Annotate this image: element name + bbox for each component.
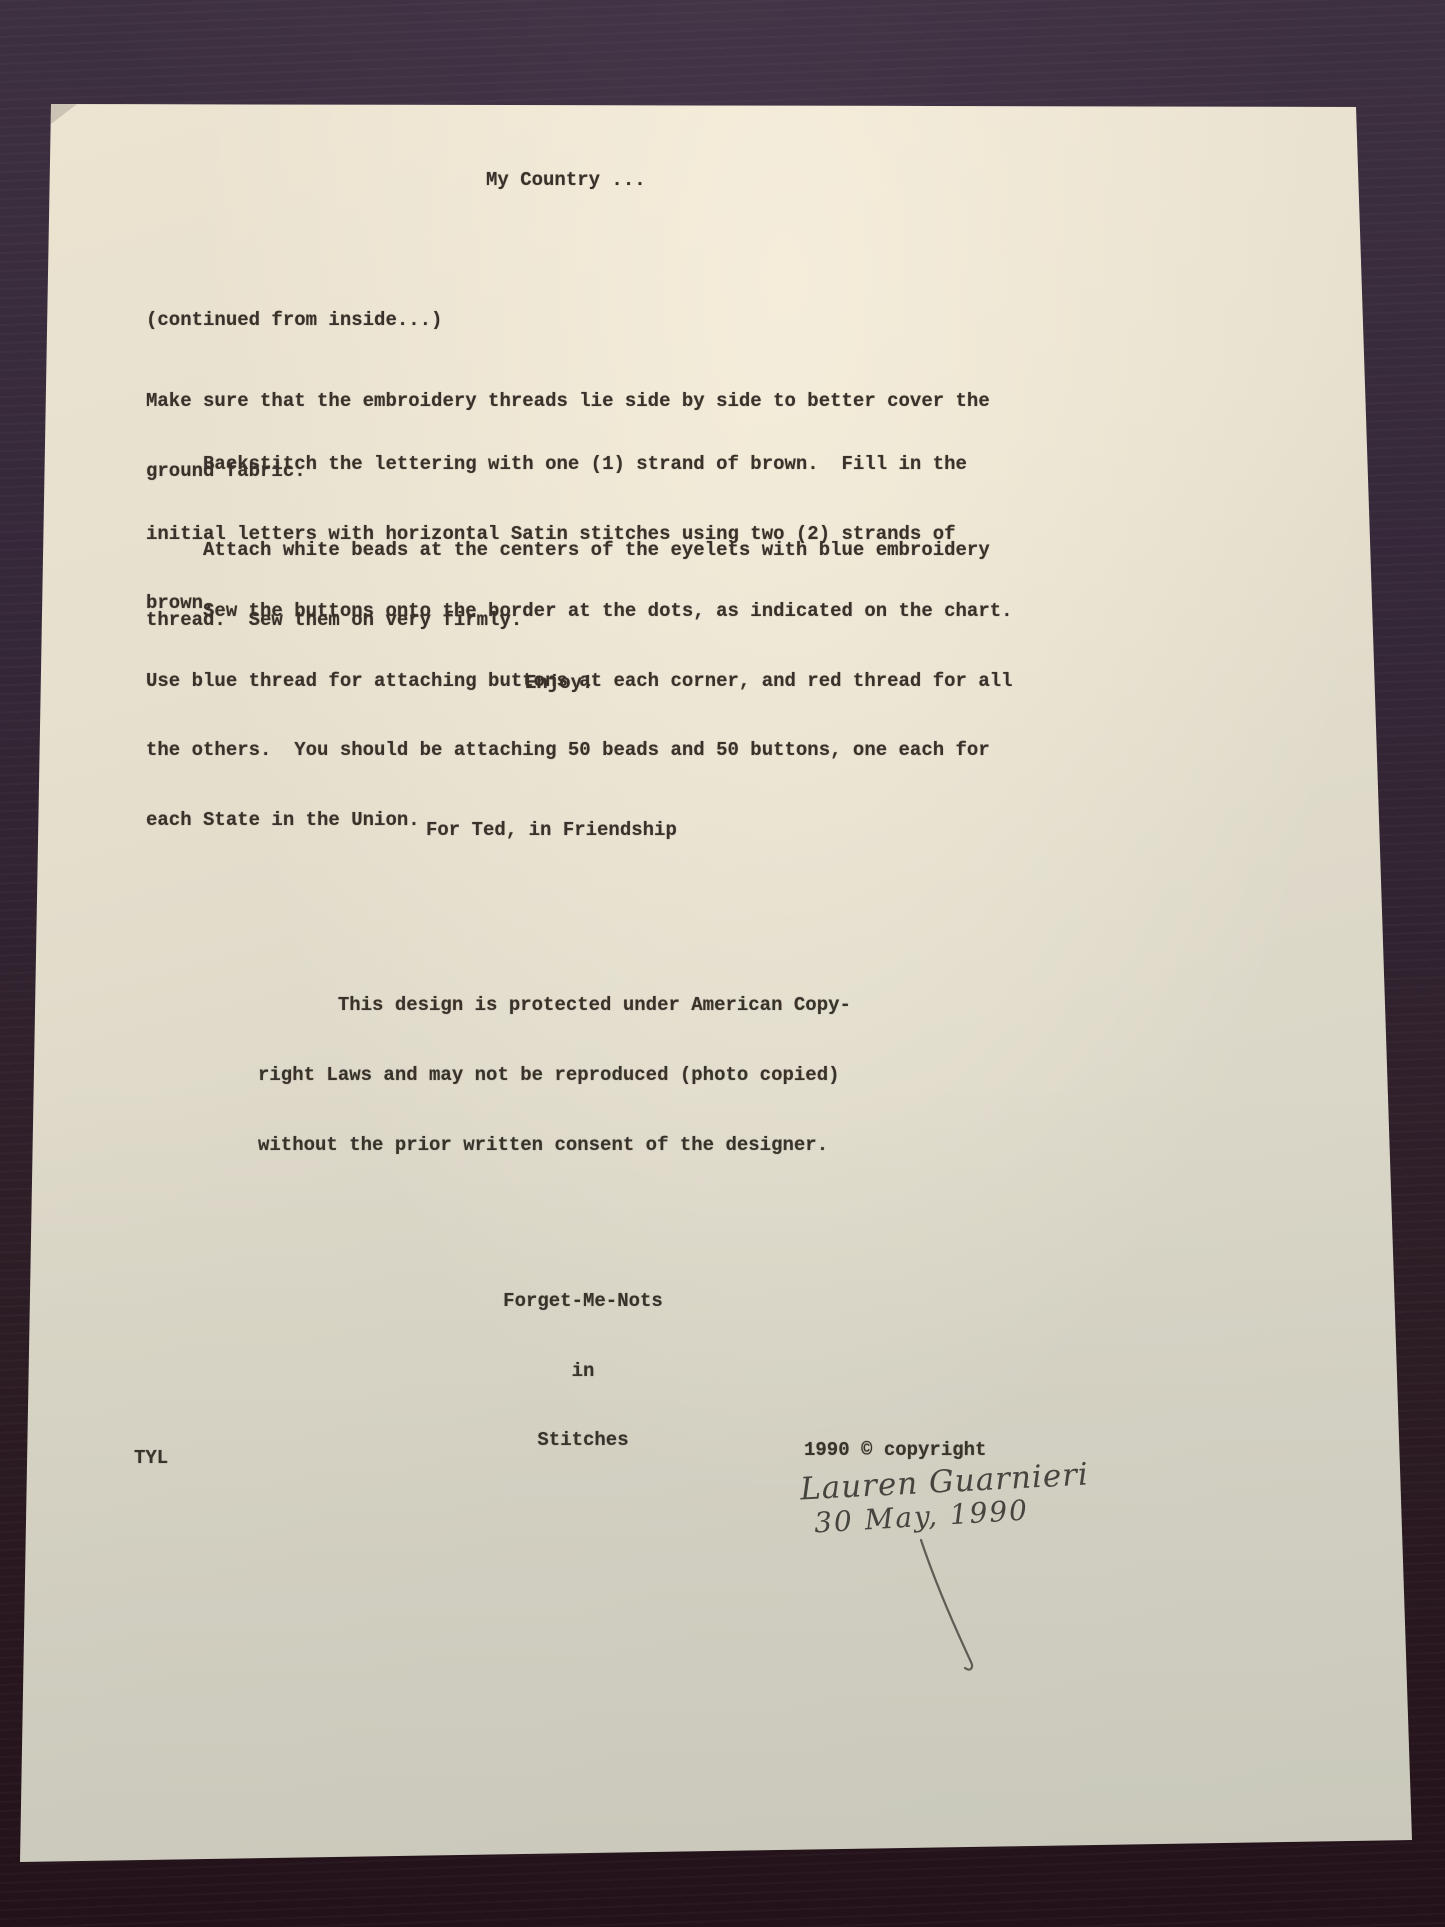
designer-initials: TYL — [134, 1446, 168, 1472]
dedication-line: For Ted, in Friendship — [426, 818, 677, 844]
brand-block: Forget-Me-Nots in Stitches — [438, 1245, 728, 1498]
continued-note: (continued from inside...) — [146, 308, 442, 334]
copyright-year-line: 1990 © copyright — [804, 1438, 986, 1464]
brand-line: in — [438, 1359, 728, 1385]
brand-line: Stitches — [438, 1428, 728, 1454]
paragraph-line: the others. You should be attaching 50 b… — [146, 738, 1013, 764]
corner-fold — [51, 104, 77, 124]
copyright-line: right Laws and may not be reproduced (ph… — [258, 1062, 851, 1088]
copyright-notice: This design is protected under American … — [258, 948, 851, 1202]
copyright-line: This design is protected under American … — [258, 992, 851, 1018]
pen-stroke — [873, 1502, 1013, 1692]
document-title: My Country ... — [486, 168, 646, 194]
paragraph-line: Sew the buttons onto the border at the d… — [146, 599, 1013, 625]
brand-line: Forget-Me-Nots — [438, 1289, 728, 1315]
copyright-line: without the prior written consent of the… — [258, 1132, 851, 1158]
paper-sheet: My Country ... (continued from inside...… — [18, 102, 1412, 1864]
divider-line — [146, 290, 1020, 293]
paragraph-line: Backstitch the lettering with one (1) st… — [146, 452, 967, 478]
enjoy-note: Enjoy! — [525, 671, 593, 697]
